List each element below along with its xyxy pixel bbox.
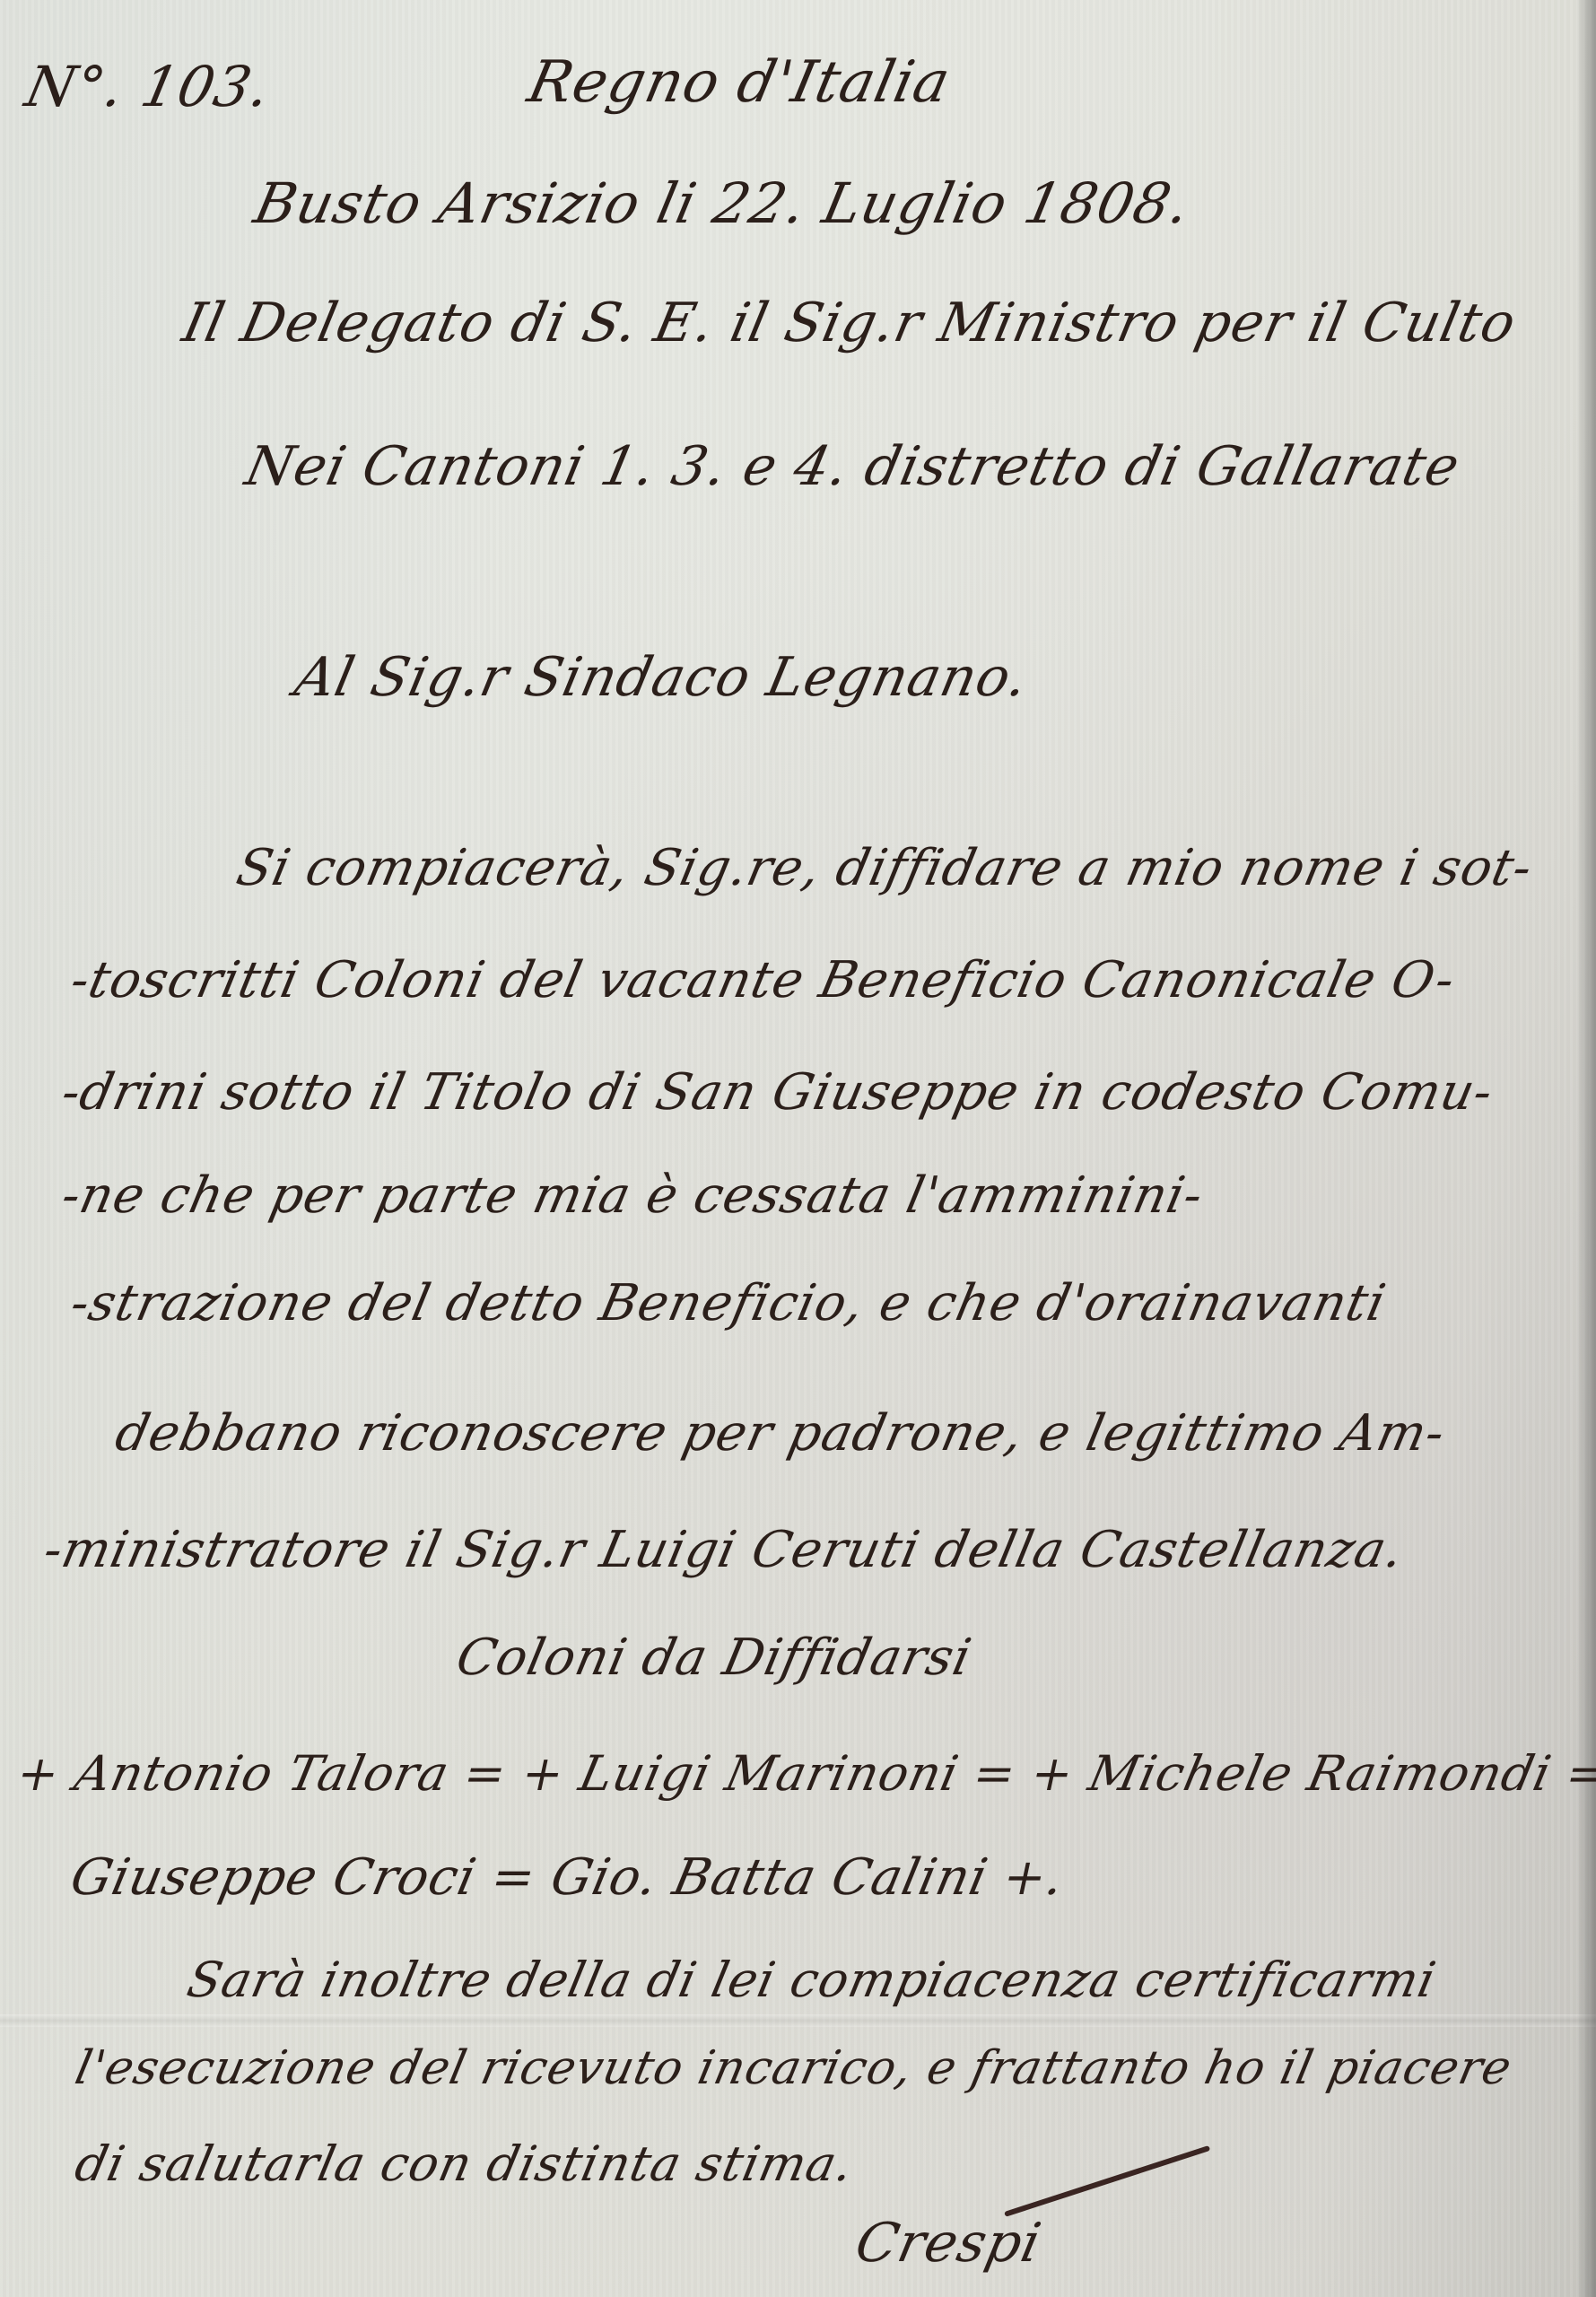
body-line: -drini sotto il Titolo di San Giuseppe i…: [57, 1063, 1498, 1122]
page-edge-shadow: [1576, 0, 1596, 2297]
signature-flourish: [1004, 2145, 1210, 2217]
kingdom-heading: Regno d'Italia: [522, 49, 956, 116]
colonists-line: + Antonio Talora = + Luigi Marinoni = + …: [12, 1745, 1596, 1802]
paper-fold: [0, 2014, 1596, 2027]
body-line: Si compiacerà, Sig.re, diffidare a mio n…: [231, 839, 1538, 897]
document-number: N°. 103.: [20, 54, 276, 119]
sender-line-1: Il Delegato di S. E. il Sig.r Ministro p…: [178, 292, 1522, 354]
body-line: -ministratore il Sig.r Luigi Ceruti dell…: [39, 1521, 1409, 1579]
colonists-line: Giuseppe Croci = Gio. Batta Calini +.: [65, 1848, 1069, 1907]
body-line: -ne che per parte mia è cessata l'ammini…: [57, 1166, 1208, 1225]
body-line: -toscritti Coloni del vacante Beneficio …: [65, 951, 1461, 1009]
sender-line-2: Nei Cantoni 1. 3. e 4. distretto di Gall…: [240, 435, 1466, 498]
signature: Crespi: [850, 2212, 1047, 2275]
closing-line: Sarà inoltre della di lei compiacenza ce…: [182, 1952, 1441, 2008]
addressee: Al Sig.r Sindaco Legnano.: [290, 646, 1034, 709]
colonists-list-title: Coloni da Diffidarsi: [451, 1629, 977, 1687]
closing-line: l'esecuzione del ricevuto incarico, e fr…: [71, 2041, 1517, 2095]
closing-line: di salutarla con distinta stima.: [70, 2135, 859, 2192]
body-line: debbano riconoscere per padrone, e legit…: [110, 1404, 1451, 1463]
place-date: Busto Arsizio li 22. Luglio 1808.: [249, 170, 1196, 236]
body-line: -strazione del detto Beneficio, e che d'…: [65, 1274, 1391, 1332]
